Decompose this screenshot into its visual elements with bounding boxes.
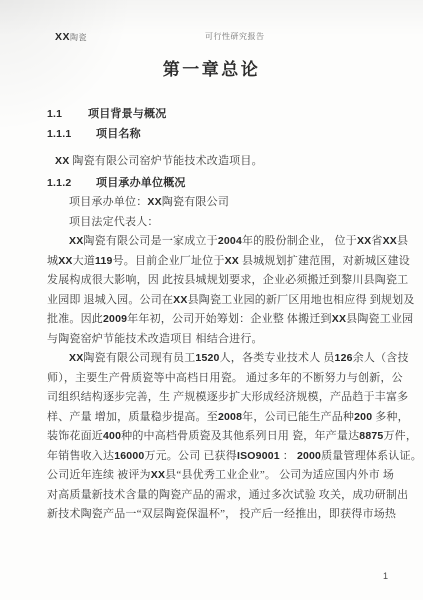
paragraph-2: XX陶瓷有限公司现有员工1520人，各类专业技术人 员126余人（含技 师），主…	[47, 349, 381, 525]
section-title: 项目名称	[96, 128, 141, 140]
body-line: XX陶瓷有限公司是一家成立于2004年的股份制企业， 位于XX省XX县	[47, 232, 381, 252]
body-line: 样、产量 增加，质量稳步提高。至2008年，公司已能生产品种200 多种，	[47, 408, 381, 428]
section-heading-1-1-2: 1.1.2项目承办单位概况	[47, 174, 381, 194]
body-line: 公司近年连续 被评为XX县“县优秀工业企业”。 公司为适应国内外市 场	[47, 466, 381, 486]
section-heading-1-1-1: 1.1.1项目名称	[47, 125, 381, 145]
section-number: 1.1	[47, 105, 88, 125]
body-line: 师），主要生产骨质瓷等中高档日用瓷。 通过多年的不断努力与创新，公	[47, 369, 381, 389]
header-doc-name: XX陶瓷	[55, 31, 87, 43]
legal-rep-line: 项目法定代表人：	[47, 213, 381, 233]
body-line: 司组织结构逐步完善，生 产规模逐步扩大形成经济规模，产品趋于丰富多	[47, 388, 381, 408]
header-doc-type: 可行性研究报告	[205, 31, 265, 42]
body-line: 对高质量新技术含量的陶瓷产品的需求，通过多次试验 攻关，成功研制出	[47, 486, 381, 506]
section-title: 项目背景与概况	[88, 108, 166, 120]
body-line: 批准。因此2009年年初，公司开始筹划：企业整 体搬迁到XX县陶瓷工业园	[47, 310, 381, 330]
body-line: 新技术陶瓷产品一“双层陶瓷保温杯”， 投产后一经推出，即获得市场热	[47, 505, 381, 525]
document-body: 1.1项目背景与概况 1.1.1项目名称 XX 陶瓷有限公司窑炉节能技术改造项目…	[47, 105, 381, 525]
body-line: XX陶瓷有限公司现有员工1520人，各类专业技术人 员126余人（含技	[47, 349, 381, 369]
section-title: 项目承办单位概况	[96, 177, 186, 189]
body-line: 与陶瓷窑炉节能技术改造项目 相结合进行。	[47, 330, 381, 350]
page-number: 1	[383, 571, 388, 581]
body-line: 装饰花面近400种的中高档骨质瓷及其他系列日用 瓷，年产量达8875万件，	[47, 427, 381, 447]
section-number: 1.1.1	[47, 125, 96, 145]
body-line: 年销售收入达16000万元。公司 已获得ISO9001 ： 2000质量管理体系…	[47, 447, 381, 467]
body-line: 发展构成很大影响，因 此按县城规划要求，企业必须搬迁到黎川县陶瓷工	[47, 271, 381, 291]
project-name-line: XX 陶瓷有限公司窑炉节能技术改造项目。	[47, 152, 381, 172]
body-line: 城XX大道119号。目前企业厂址位于XX 县城规划扩建范围，对新城区建设	[47, 252, 381, 272]
section-number: 1.1.2	[47, 174, 96, 194]
paragraph-1: XX陶瓷有限公司是一家成立于2004年的股份制企业， 位于XX省XX县 城XX大…	[47, 232, 381, 349]
chapter-title: 第一章总论	[0, 55, 423, 80]
report-page: XX陶瓷 可行性研究报告 第一章总论 1.1项目背景与概况 1.1.1项目名称 …	[0, 0, 423, 600]
section-heading-1-1: 1.1项目背景与概况	[47, 105, 381, 125]
undertaker-line: 项目承办单位：XX陶瓷有限公司	[47, 193, 381, 213]
body-line: 业园即 退城入园。公司在XX县陶瓷工业园的新厂区用地也相应得 到规划及	[47, 291, 381, 311]
